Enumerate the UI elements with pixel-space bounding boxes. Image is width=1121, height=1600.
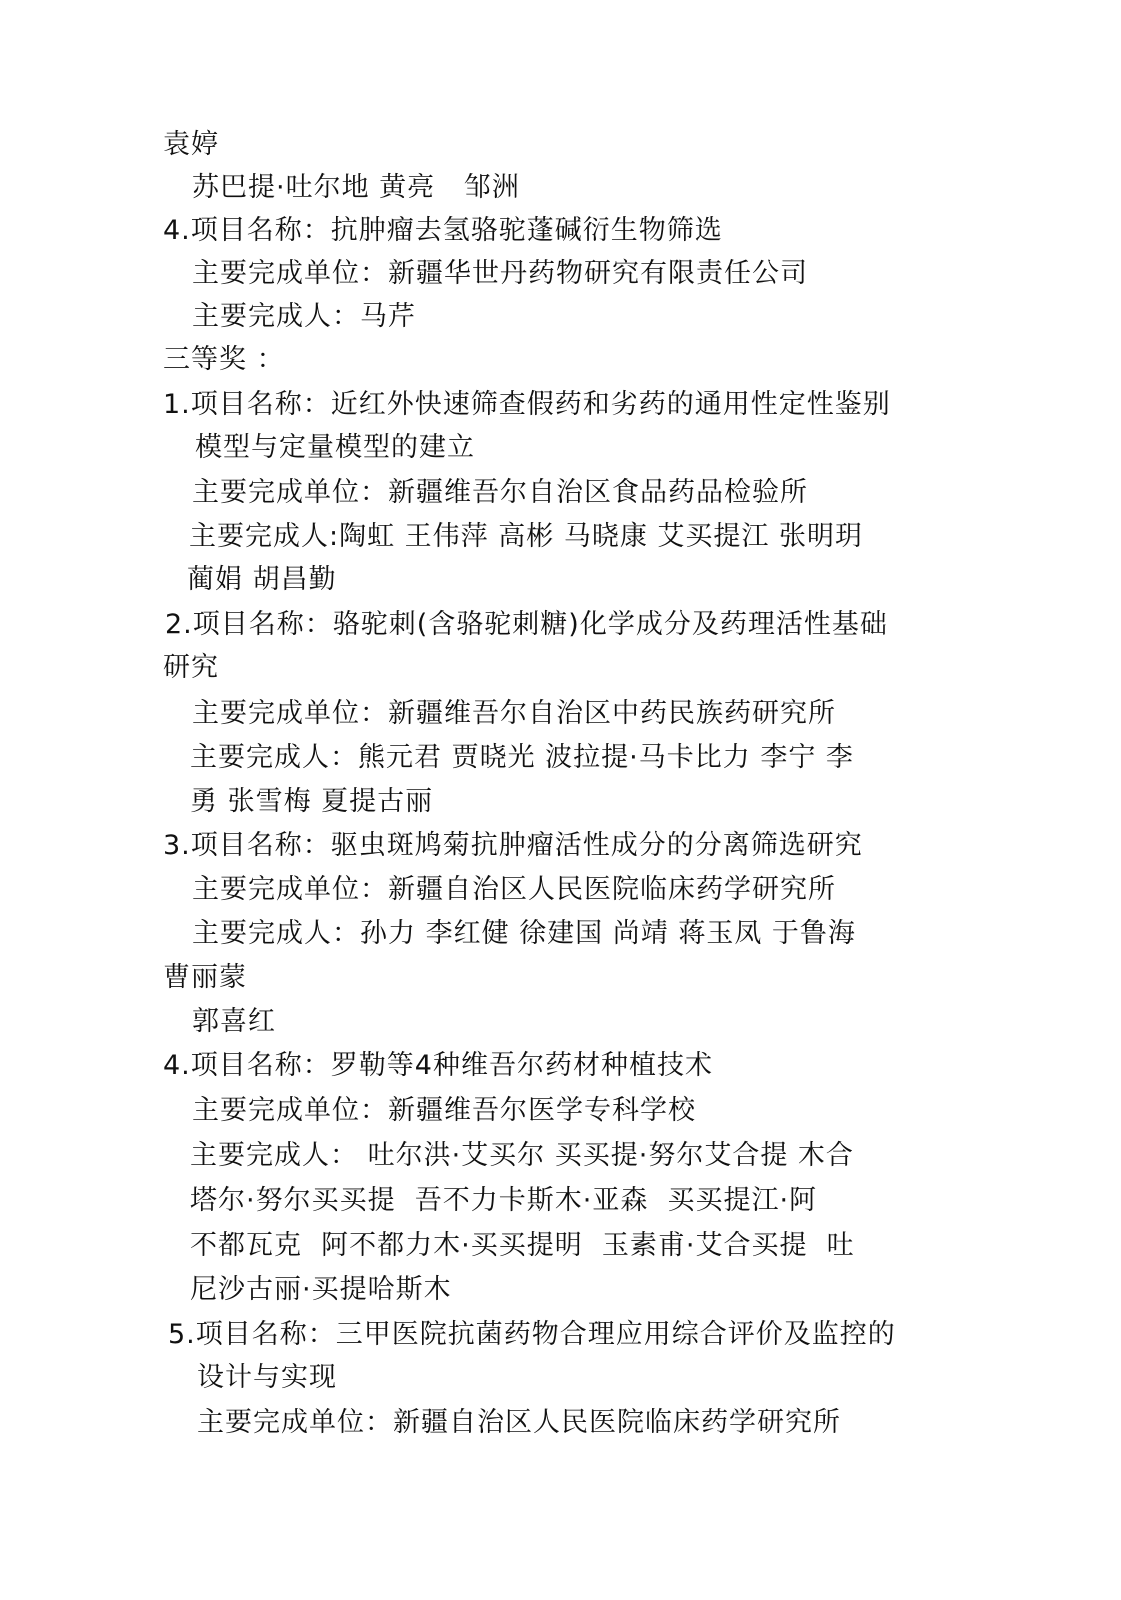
project-persons: 主要完成人：孙力 李红健 徐建国 尚靖 蒋玉凤 于鲁海 bbox=[192, 917, 856, 951]
project-persons-continued: 尼沙古丽·买提哈斯木 bbox=[190, 1273, 452, 1307]
continued-names-line: 袁婷 bbox=[163, 128, 219, 162]
project-persons-continued: 勇 张雪梅 夏提古丽 bbox=[190, 785, 433, 819]
project-persons: 主要完成人：熊元君 贾晓光 波拉提·马卡比力 李宁 李 bbox=[190, 741, 854, 775]
project-title-continued: 模型与定量模型的建立 bbox=[195, 431, 475, 465]
project-persons-continued: 不都瓦克 阿不都力木·买买提明 玉素甫·艾合买提 吐 bbox=[190, 1229, 855, 1263]
project-persons: 主要完成人： 吐尔洪·艾买尔 买买提·努尔艾合提 木合 bbox=[190, 1139, 854, 1173]
project-title: 4.项目名称：罗勒等4种维吾尔药材种植技术 bbox=[163, 1049, 713, 1083]
document-page: 袁婷 苏巴提·吐尔地 黄亮 邹洲 4.项目名称：抗肿瘤去氢骆驼蓬碱衍生物筛选 主… bbox=[0, 0, 1121, 1600]
project-title: 3.项目名称：驱虫斑鸠菊抗肿瘤活性成分的分离筛选研究 bbox=[163, 829, 863, 863]
project-unit: 主要完成单位：新疆自治区人民医院临床药学研究所 bbox=[197, 1406, 841, 1440]
project-persons-continued: 塔尔·努尔买买提 吾不力卡斯木·亚森 买买提江·阿 bbox=[190, 1184, 817, 1218]
project-unit: 主要完成单位：新疆维吾尔自治区食品药品检验所 bbox=[192, 476, 808, 510]
project-title: 4.项目名称：抗肿瘤去氢骆驼蓬碱衍生物筛选 bbox=[163, 214, 723, 248]
project-persons: 主要完成人:陶虹 王伟萍 高彬 马晓康 艾买提江 张明玥 bbox=[189, 520, 863, 554]
project-persons: 主要完成人：马芹 bbox=[192, 300, 416, 334]
project-persons-continued: 蔺娟 胡昌勤 bbox=[187, 563, 337, 597]
project-unit: 主要完成单位：新疆自治区人民医院临床药学研究所 bbox=[192, 873, 836, 907]
continued-names-line: 苏巴提·吐尔地 黄亮 邹洲 bbox=[192, 171, 520, 205]
project-unit: 主要完成单位：新疆华世丹药物研究有限责任公司 bbox=[192, 257, 808, 291]
project-title: 5.项目名称：三甲医院抗菌药物合理应用综合评价及监控的 bbox=[168, 1318, 896, 1352]
project-unit: 主要完成单位：新疆维吾尔自治区中药民族药研究所 bbox=[192, 697, 836, 731]
project-persons-continued: 曹丽蒙 bbox=[163, 961, 247, 995]
project-persons-continued: 郭喜红 bbox=[192, 1005, 276, 1039]
section-heading-third-prize: 三等奖 ： bbox=[163, 343, 285, 377]
project-unit: 主要完成单位：新疆维吾尔医学专科学校 bbox=[192, 1094, 696, 1128]
project-title: 1.项目名称：近红外快速筛查假药和劣药的通用性定性鉴别 bbox=[163, 388, 891, 422]
project-title: 2.项目名称：骆驼刺(含骆驼刺糖)化学成分及药理活性基础 bbox=[165, 608, 888, 642]
project-title-continued: 研究 bbox=[163, 651, 219, 685]
project-title-continued: 设计与实现 bbox=[197, 1361, 337, 1395]
